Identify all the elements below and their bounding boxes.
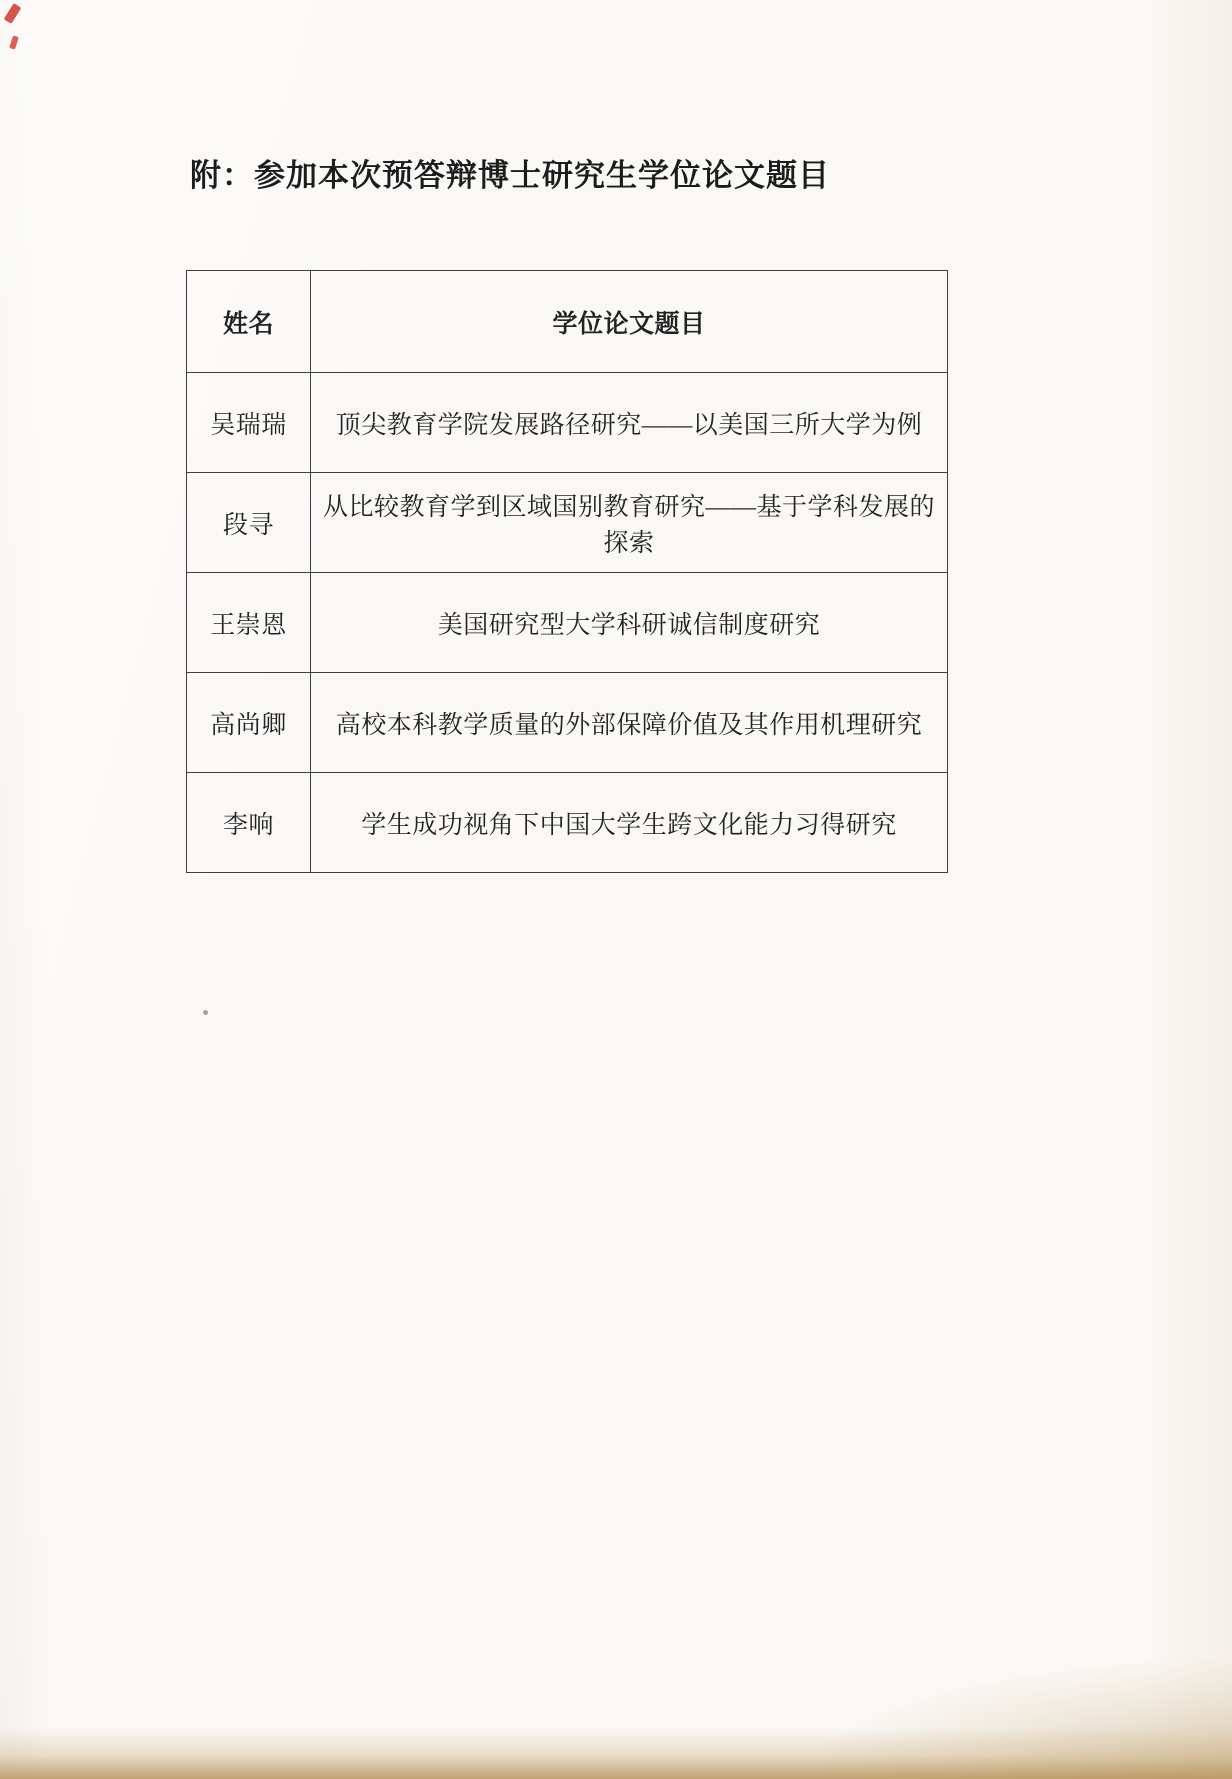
name-cell: 王崇恩 bbox=[187, 573, 311, 673]
header-cell-thesis-title: 学位论文题目 bbox=[311, 271, 948, 373]
thesis-title-cell: 从比较教育学到区域国别教育研究——基于学科发展的探索 bbox=[311, 473, 948, 573]
scan-speck bbox=[203, 1010, 208, 1015]
table-row: 段寻 从比较教育学到区域国别教育研究——基于学科发展的探索 bbox=[187, 473, 948, 573]
table-row: 王崇恩 美国研究型大学科研诚信制度研究 bbox=[187, 573, 948, 673]
thesis-title-cell: 学生成功视角下中国大学生跨文化能力习得研究 bbox=[311, 773, 948, 873]
table-row: 吴瑞瑞 顶尖教育学院发展路径研究——以美国三所大学为例 bbox=[187, 373, 948, 473]
table-row: 高尚卿 高校本科教学质量的外部保障价值及其作用机理研究 bbox=[187, 673, 948, 773]
header-cell-name: 姓名 bbox=[187, 271, 311, 373]
red-scan-mark bbox=[4, 3, 22, 24]
thesis-title-cell: 美国研究型大学科研诚信制度研究 bbox=[311, 573, 948, 673]
scan-bottom-edge-shading bbox=[0, 1727, 1232, 1779]
scanned-document-page: 附：参加本次预答辩博士研究生学位论文题目 姓名 学位论文题目 吴瑞瑞 顶尖教育学… bbox=[0, 0, 1232, 1779]
document-heading: 附：参加本次预答辩博士研究生学位论文题目 bbox=[190, 150, 830, 195]
table-row: 李响 学生成功视角下中国大学生跨文化能力习得研究 bbox=[187, 773, 948, 873]
thesis-title-cell: 高校本科教学质量的外部保障价值及其作用机理研究 bbox=[311, 673, 948, 773]
thesis-title-cell: 顶尖教育学院发展路径研究——以美国三所大学为例 bbox=[311, 373, 948, 473]
thesis-table: 姓名 学位论文题目 吴瑞瑞 顶尖教育学院发展路径研究——以美国三所大学为例 段寻… bbox=[186, 270, 948, 873]
name-cell: 高尚卿 bbox=[187, 673, 311, 773]
name-cell: 段寻 bbox=[187, 473, 311, 573]
red-scan-mark bbox=[9, 35, 19, 49]
table-header-row: 姓名 学位论文题目 bbox=[187, 271, 948, 373]
name-cell: 吴瑞瑞 bbox=[187, 373, 311, 473]
name-cell: 李响 bbox=[187, 773, 311, 873]
